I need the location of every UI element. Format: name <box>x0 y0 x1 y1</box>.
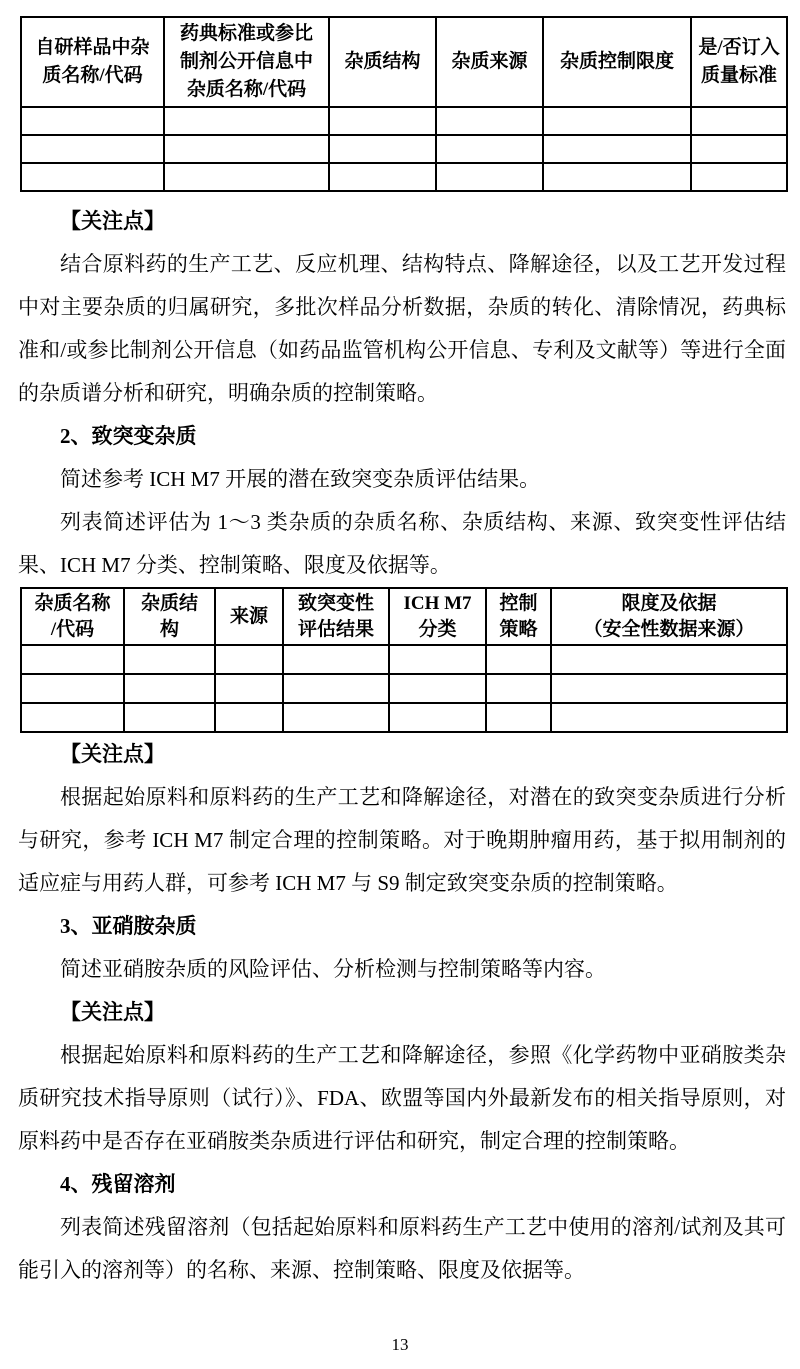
empty-cell <box>21 645 124 674</box>
col-header-self-sample-impurity: 自研样品中杂 质名称/代码 <box>21 17 164 107</box>
page-number: 13 <box>0 1335 800 1355</box>
empty-cell <box>164 163 329 191</box>
empty-cell <box>486 674 551 703</box>
col-header-in-specification: 是/否订入 质量标准 <box>691 17 787 107</box>
col-header-impurity-name-code: 杂质名称 /代码 <box>21 588 124 645</box>
empty-cell <box>486 703 551 732</box>
col-header-limit-and-basis: 限度及依据 （安全性数据来源） <box>551 588 787 645</box>
table-row <box>21 703 787 732</box>
empty-cell <box>215 645 283 674</box>
paragraph-impurity-profile: 结合原料药的生产工艺、反应机理、结构特点、降解途径，以及工艺开发过程中对主要杂质… <box>18 243 786 415</box>
table-row <box>21 163 787 191</box>
empty-cell <box>436 107 543 135</box>
empty-cell <box>21 135 164 163</box>
table-row <box>21 674 787 703</box>
empty-cell <box>283 645 389 674</box>
empty-cell <box>124 645 215 674</box>
table-header-row: 杂质名称 /代码 杂质结 构 来源 致突变性 评估结果 ICH M7 分类 控制… <box>21 588 787 645</box>
focus-point-label-3: 【关注点】 <box>18 991 786 1034</box>
empty-cell <box>691 163 787 191</box>
empty-cell <box>691 135 787 163</box>
empty-cell <box>124 703 215 732</box>
col-header-impurity-structure: 杂质结构 <box>329 17 436 107</box>
focus-point-label-1: 【关注点】 <box>18 200 786 243</box>
empty-cell <box>215 703 283 732</box>
table-row <box>21 645 787 674</box>
col-header-impurity-control-limit: 杂质控制限度 <box>543 17 691 107</box>
empty-cell <box>21 674 124 703</box>
table-row <box>21 135 787 163</box>
empty-cell <box>329 163 436 191</box>
heading-residual-solvents: 4、残留溶剂 <box>18 1163 786 1206</box>
paragraph-mutagenic-1: 简述参考 ICH M7 开展的潜在致突变杂质评估结果。 <box>18 458 786 501</box>
mutagenic-impurity-table: 杂质名称 /代码 杂质结 构 来源 致突变性 评估结果 ICH M7 分类 控制… <box>20 587 788 733</box>
empty-cell <box>329 135 436 163</box>
paragraph-nitrosamine-focus: 根据起始原料和原料药的生产工艺和降解途径，参照《化学药物中亚硝胺类杂质研究技术指… <box>18 1034 786 1163</box>
empty-cell <box>389 703 486 732</box>
col-header-ich-m7-class: ICH M7 分类 <box>389 588 486 645</box>
empty-cell <box>283 674 389 703</box>
empty-cell <box>486 645 551 674</box>
empty-cell <box>389 645 486 674</box>
empty-cell <box>124 674 215 703</box>
empty-cell <box>164 107 329 135</box>
col-header-pharmacopoeia-impurity: 药典标准或参比 制剂公开信息中 杂质名称/代码 <box>164 17 329 107</box>
empty-cell <box>543 135 691 163</box>
col-header-control-strategy: 控制 策略 <box>486 588 551 645</box>
empty-cell <box>215 674 283 703</box>
focus-point-label-2: 【关注点】 <box>18 733 786 776</box>
paragraph-residual-solvents: 列表简述残留溶剂（包括起始原料和原料药生产工艺中使用的溶剂/试剂及其可能引入的溶… <box>18 1206 786 1292</box>
empty-cell <box>21 703 124 732</box>
col-header-source: 来源 <box>215 588 283 645</box>
table-row <box>21 107 787 135</box>
empty-cell <box>164 135 329 163</box>
col-header-impurity-structure: 杂质结 构 <box>124 588 215 645</box>
empty-cell <box>21 107 164 135</box>
empty-cell <box>551 645 787 674</box>
paragraph-mutagenic-2: 列表简述评估为 1～3 类杂质的杂质名称、杂质结构、来源、致突变性评估结果、IC… <box>18 501 786 587</box>
empty-cell <box>436 135 543 163</box>
col-header-mutagenicity-assessment: 致突变性 评估结果 <box>283 588 389 645</box>
empty-cell <box>389 674 486 703</box>
paragraph-nitrosamine: 简述亚硝胺杂质的风险评估、分析检测与控制策略等内容。 <box>18 948 786 991</box>
document-page: 自研样品中杂 质名称/代码 药典标准或参比 制剂公开信息中 杂质名称/代码 杂质… <box>0 0 800 1369</box>
empty-cell <box>283 703 389 732</box>
empty-cell <box>551 703 787 732</box>
empty-cell <box>543 107 691 135</box>
paragraph-mutagenic-focus: 根据起始原料和原料药的生产工艺和降解途径，对潜在的致突变杂质进行分析与研究，参考… <box>18 776 786 905</box>
empty-cell <box>436 163 543 191</box>
empty-cell <box>329 107 436 135</box>
heading-nitrosamine-impurities: 3、亚硝胺杂质 <box>18 905 786 948</box>
empty-cell <box>691 107 787 135</box>
heading-mutagenic-impurities: 2、致突变杂质 <box>18 415 786 458</box>
table-header-row: 自研样品中杂 质名称/代码 药典标准或参比 制剂公开信息中 杂质名称/代码 杂质… <box>21 17 787 107</box>
col-header-impurity-source: 杂质来源 <box>436 17 543 107</box>
empty-cell <box>551 674 787 703</box>
empty-cell <box>21 163 164 191</box>
empty-cell <box>543 163 691 191</box>
impurity-profile-table: 自研样品中杂 质名称/代码 药典标准或参比 制剂公开信息中 杂质名称/代码 杂质… <box>20 16 788 192</box>
